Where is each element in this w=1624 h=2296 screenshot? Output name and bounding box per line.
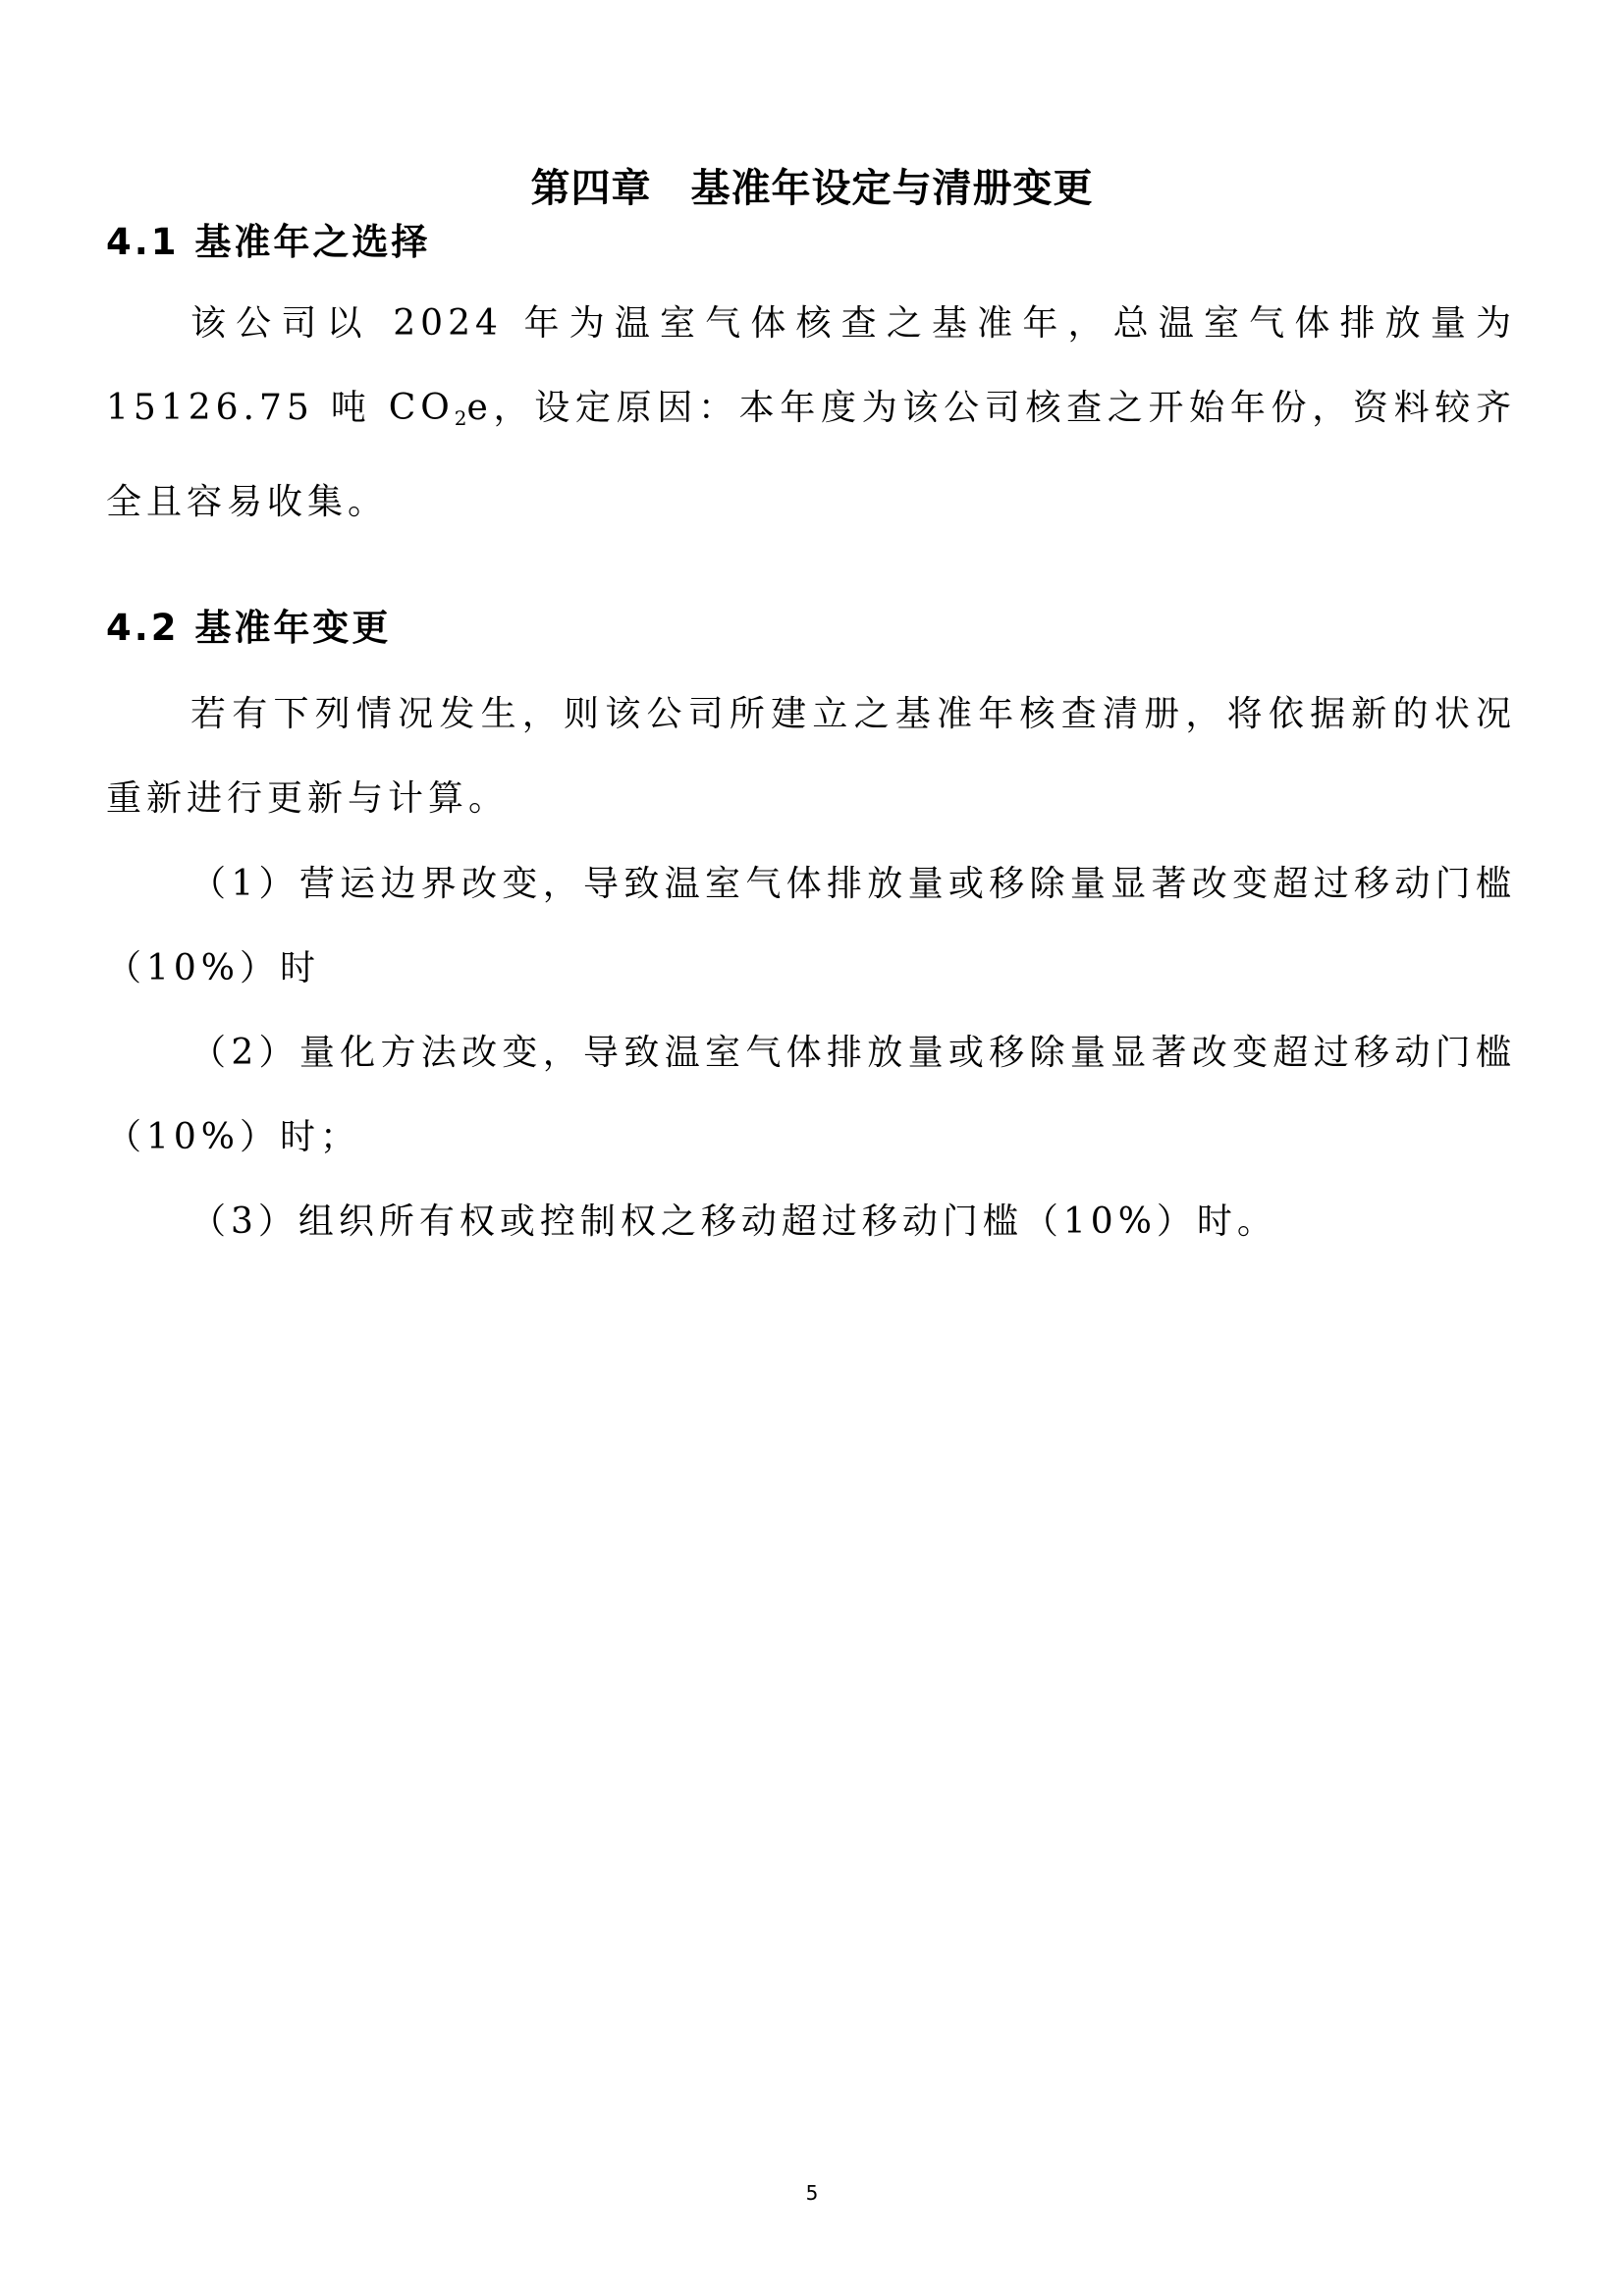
chapter-name: 基准年设定与清册变更: [691, 166, 1094, 211]
paragraph-base-year-selection: 该公司以 2024 年为温室气体核查之基准年，总温室气体排放量为 15126.7…: [106, 282, 1516, 545]
co2-subscript: 2: [455, 406, 467, 430]
list-item-2: （2）量化方法改变，导致温室气体排放量或移除量显著改变超过移动门槛（10%）时；: [106, 1011, 1516, 1180]
list-item-3: （3）组织所有权或控制权之移动超过移动门槛（10%）时。: [106, 1180, 1516, 1264]
chapter-title: 第四章基准年设定与清册变更: [0, 163, 1624, 214]
paragraph-base-year-change-intro: 若有下列情况发生，则该公司所建立之基准年核查清册，将依据新的状况重新进行更新与计…: [106, 672, 1516, 841]
list-item-1: （1）营运边界改变，导致温室气体排放量或移除量显著改变超过移动门槛（10%）时: [106, 842, 1516, 1011]
section-heading-4-2: 4.2 基准年变更: [106, 604, 391, 653]
page-number: 5: [0, 2181, 1624, 2205]
section-heading-4-1: 4.1 基准年之选择: [106, 218, 430, 267]
chapter-number: 第四章: [531, 166, 652, 211]
